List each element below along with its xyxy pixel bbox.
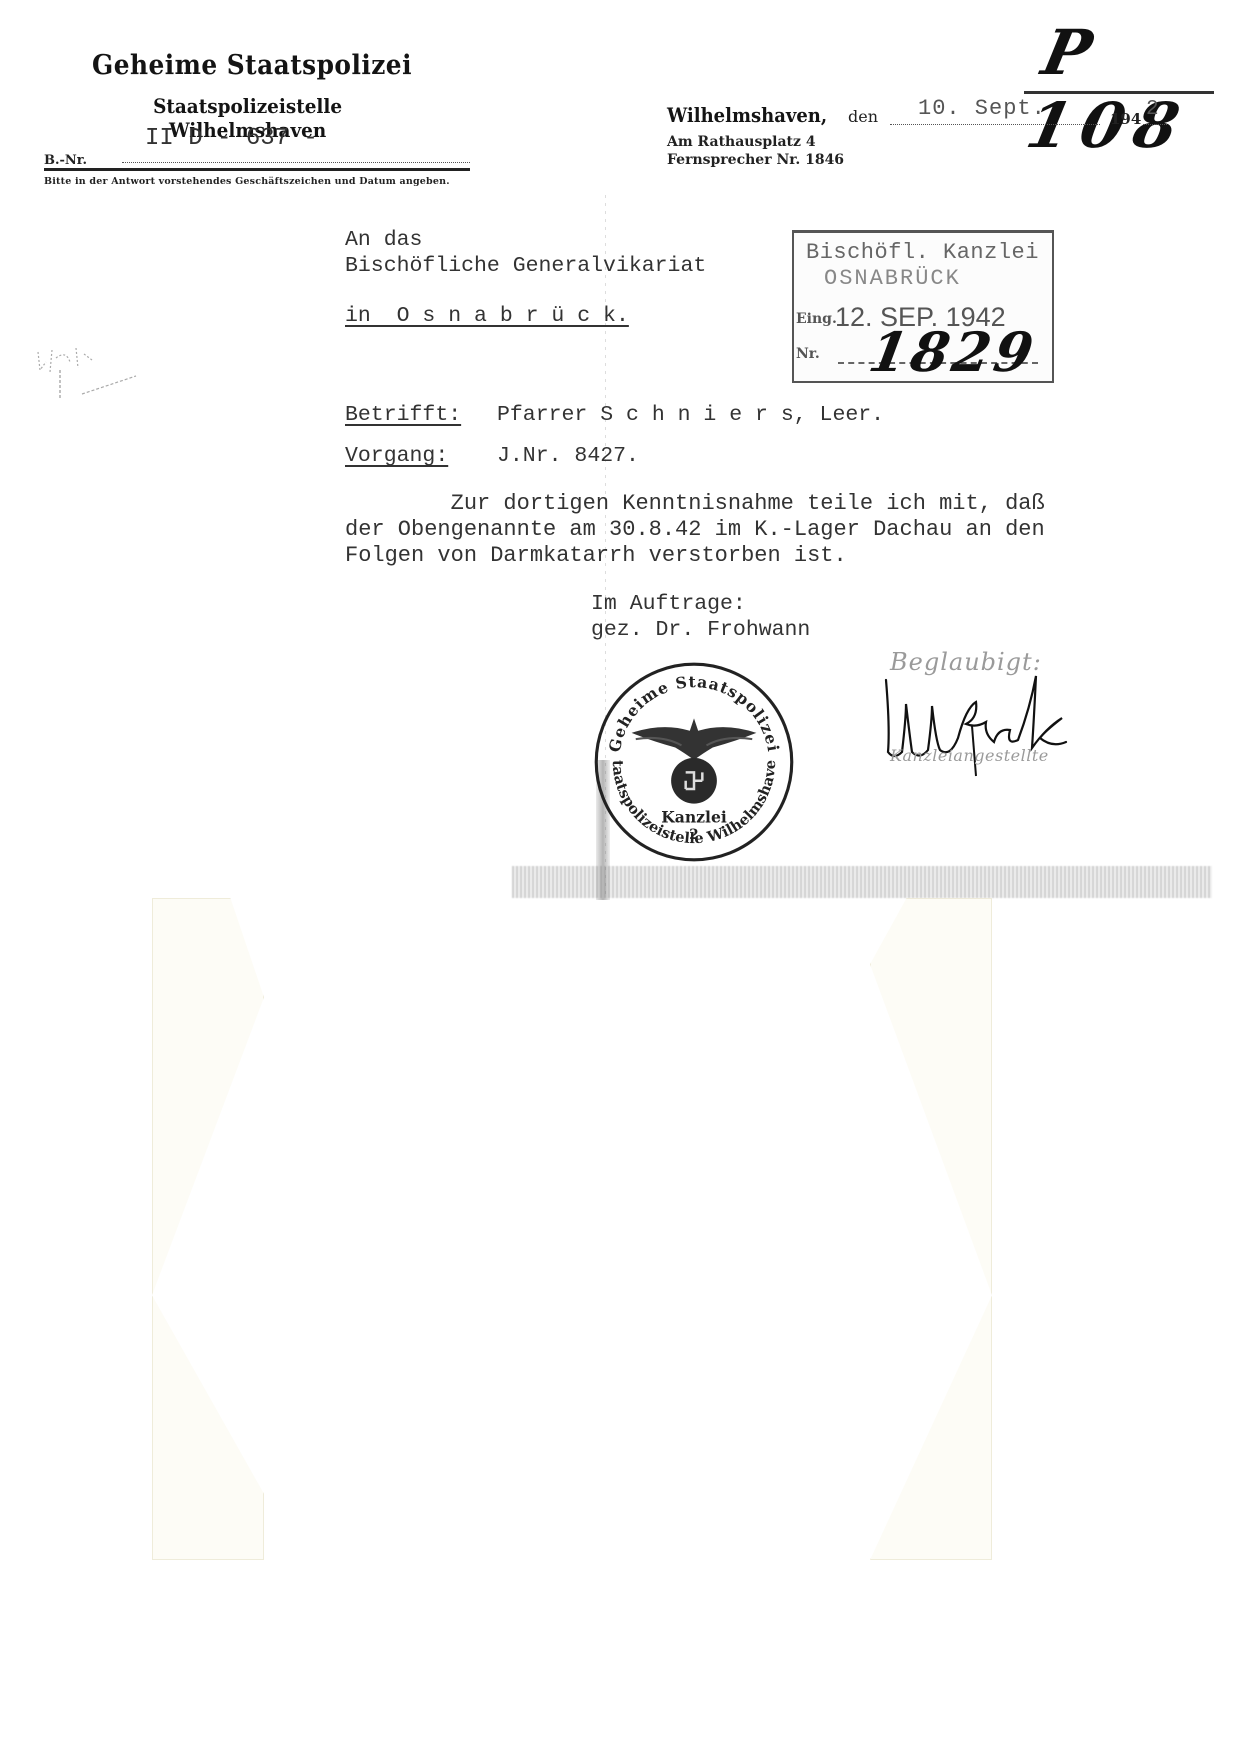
letterhead-rule — [44, 168, 470, 171]
stamp-city: OSNABRÜCK — [824, 266, 961, 291]
phone-line: Fernsprecher Nr. 1846 — [667, 152, 844, 168]
handwritten-file-number: P 108 — [1020, 16, 1234, 162]
margin-scribble-icon — [26, 340, 146, 420]
recipient-line1: An das — [345, 227, 422, 253]
vorgang-label: Vorgang: — [345, 443, 448, 469]
reply-note: Bitte in der Antwort vorstehendes Geschä… — [44, 176, 474, 187]
letterhead-agency: Geheime Staatspolizei — [68, 50, 436, 81]
stamp-eing-label: Eing. — [796, 311, 837, 327]
stamp-handwritten-number: 1829 — [864, 320, 1042, 384]
file-number-underline — [1024, 91, 1214, 94]
den-label: den — [848, 107, 878, 126]
city: Wilhelmshaven, — [667, 103, 827, 127]
reference-number: II D - 637 - — [145, 125, 318, 152]
stamp-nr-label: Nr. — [796, 346, 820, 362]
corner-mark-right — [870, 898, 992, 1560]
gestapo-seal-icon: Geheime Staatspolizei Staatspolizeistell… — [590, 658, 798, 866]
reference-label: B.-Nr. — [44, 153, 87, 168]
body-line1: Zur dortigen Kenntnisnahme teile ich mit… — [345, 491, 1045, 517]
seal-number: 2 — [689, 827, 698, 843]
reference-dotted-line — [122, 162, 470, 163]
betrifft-value: Pfarrer S c h n i e r s, Leer. — [497, 402, 884, 428]
signature-on-behalf: Im Auftrage: — [591, 591, 746, 617]
year-prefix: 194 — [1110, 110, 1141, 128]
signature-name: gez. Dr. Frohwann — [591, 617, 810, 643]
body-line3: Folgen von Darmkatarrh verstorben ist. — [345, 543, 847, 569]
corner-mark-left — [152, 898, 264, 1560]
vorgang-value: J.Nr. 8427. — [497, 443, 639, 469]
year-suffix: 2 — [1146, 98, 1159, 121]
certification-role: Kanzleiangestellte — [890, 746, 1049, 765]
body-line2: der Obengenannte am 30.8.42 im K.-Lager … — [345, 517, 1045, 543]
betrifft-label: Betrifft: — [345, 402, 461, 428]
recipient-city: in O s n a b r ü c k. — [345, 303, 629, 329]
stamp-office: Bischöfl. Kanzlei — [806, 240, 1039, 265]
scan-shadow — [512, 866, 1212, 898]
address-line: Am Rathausplatz 4 — [667, 134, 816, 150]
date-dotted-line — [890, 124, 1100, 125]
year-dotted-line — [1143, 124, 1167, 125]
letter-date: 10. Sept. — [918, 96, 1046, 121]
seal-kanzlei: Kanzlei — [661, 807, 727, 826]
recipient-line2: Bischöfliche Generalvikariat — [345, 253, 706, 279]
